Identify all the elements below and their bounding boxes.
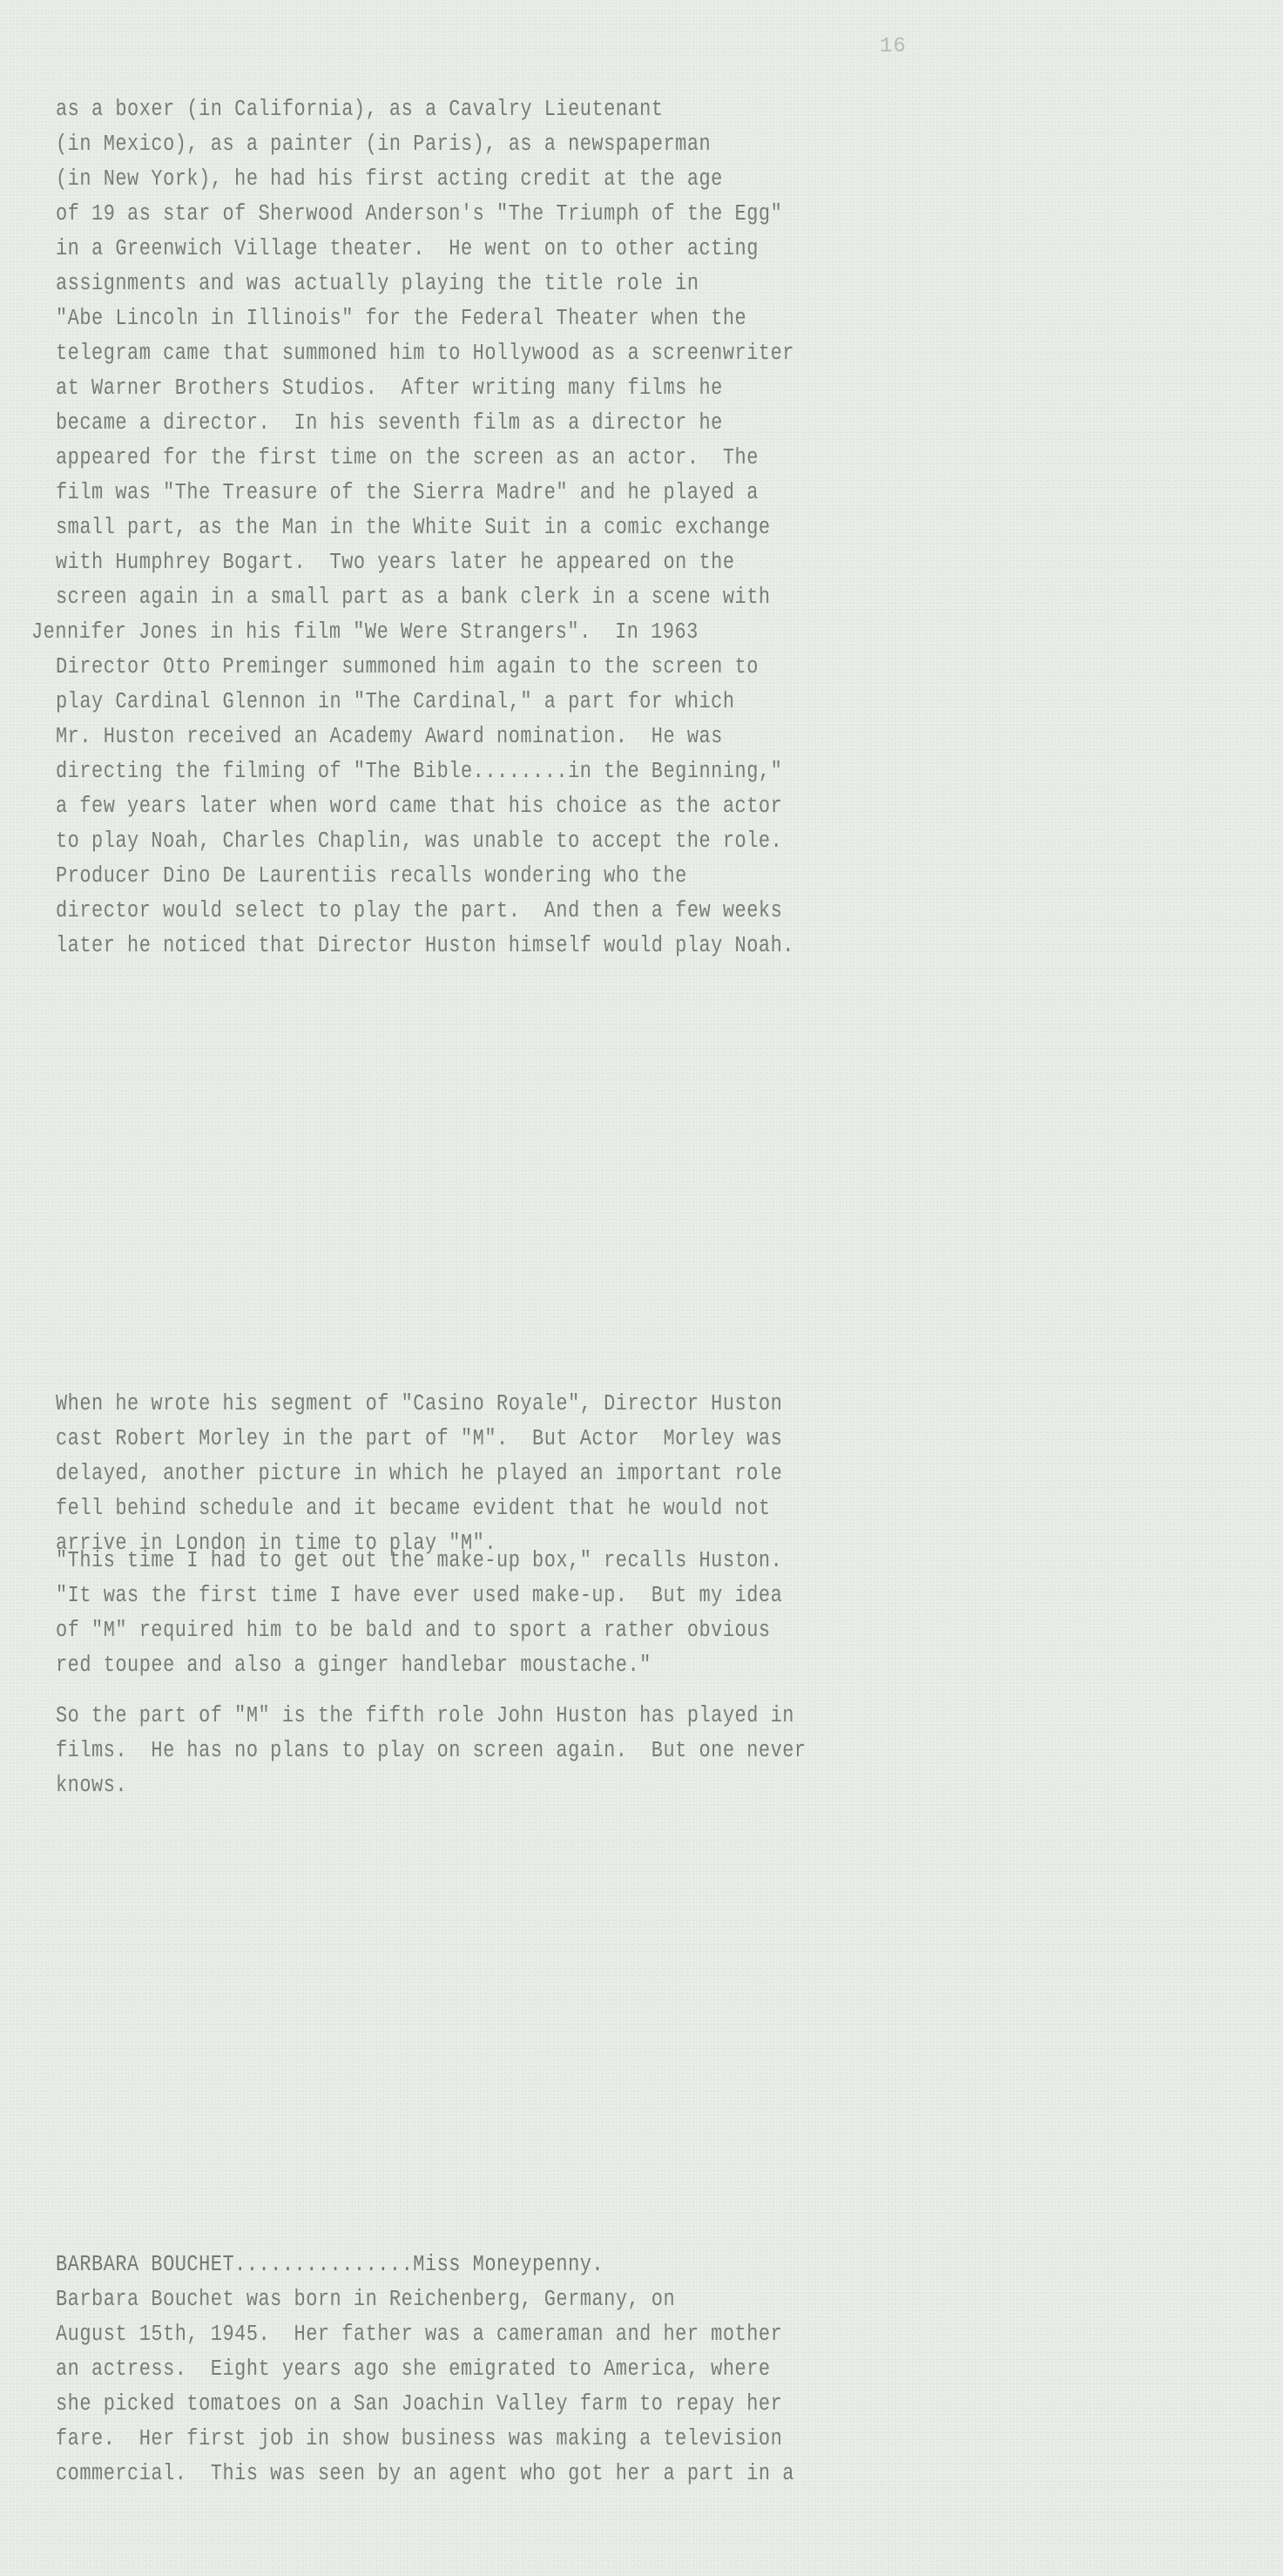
text-line: cast Robert Morley in the part of "M". B… <box>56 1422 1030 1457</box>
text-line: commercial. This was seen by an agent wh… <box>56 2457 1030 2491</box>
text-line: in a Greenwich Village theater. He went … <box>56 232 1030 267</box>
text-line: Mr. Huston received an Academy Award nom… <box>56 720 1030 754</box>
text-line: red toupee and also a ginger handlebar m… <box>56 1648 1030 1683</box>
text-line: small part, as the Man in the White Suit… <box>56 510 1030 545</box>
text-line: assignments and was actually playing the… <box>56 267 1030 301</box>
text-line: appeared for the first time on the scree… <box>56 441 1030 476</box>
text-line: fell behind schedule and it became evide… <box>56 1491 1030 1526</box>
paragraph-casino-royale: When he wrote his segment of "Casino Roy… <box>56 1387 1188 1561</box>
cast-heading: BARBARA BOUCHET...............Miss Money… <box>56 2248 1030 2282</box>
text-line: telegram came that summoned him to Holly… <box>56 336 1030 371</box>
text-line: a few years later when word came that hi… <box>56 789 1030 824</box>
text-line: "It was the first time I have ever used … <box>56 1579 1030 1613</box>
text-line: "This time I had to get out the make-up … <box>56 1544 1030 1579</box>
text-line: August 15th, 1945. Her father was a came… <box>56 2317 1030 2352</box>
text-line: Director Otto Preminger summoned him aga… <box>56 650 1030 685</box>
text-line: Jennifer Jones in his film "We Were Stra… <box>31 615 1026 650</box>
text-line: directing the filming of "The Bible.....… <box>56 754 1030 789</box>
text-line: fare. Her first job in show business was… <box>56 2422 1030 2457</box>
text-line: director would select to play the part. … <box>56 894 1030 929</box>
text-line: film was "The Treasure of the Sierra Mad… <box>56 476 1030 510</box>
text-line: later he noticed that Director Huston hi… <box>56 929 1030 963</box>
paragraph-huston-career: as a boxer (in California), as a Cavalry… <box>56 92 1188 963</box>
text-line: (in New York), he had his first acting c… <box>56 162 1030 197</box>
text-line: screen again in a small part as a bank c… <box>56 580 1030 615</box>
paragraph-makeup-quote: "This time I had to get out the make-up … <box>56 1544 1188 1683</box>
text-line: to play Noah, Charles Chaplin, was unabl… <box>56 824 1030 859</box>
text-line: as a boxer (in California), as a Cavalry… <box>56 92 1030 127</box>
text-line: So the part of "M" is the fifth role Joh… <box>56 1699 1030 1734</box>
text-line: an actress. Eight years ago she emigrate… <box>56 2352 1030 2387</box>
paragraph-fifth-role: So the part of "M" is the fifth role Joh… <box>56 1699 1188 1803</box>
text-line: she picked tomatoes on a San Joachin Val… <box>56 2387 1030 2422</box>
text-line: of "M" required him to be bald and to sp… <box>56 1613 1030 1648</box>
text-line: "Abe Lincoln in Illinois" for the Federa… <box>56 301 1030 336</box>
text-line: films. He has no plans to play on screen… <box>56 1734 1030 1768</box>
text-line: of 19 as star of Sherwood Anderson's "Th… <box>56 197 1030 232</box>
paragraph-barbara-bouchet: BARBARA BOUCHET...............Miss Money… <box>56 2248 1188 2491</box>
text-line: Producer Dino De Laurentiis recalls wond… <box>56 859 1030 894</box>
text-line: at Warner Brothers Studios. After writin… <box>56 371 1030 406</box>
text-line: became a director. In his seventh film a… <box>56 406 1030 441</box>
text-line: When he wrote his segment of "Casino Roy… <box>56 1387 1030 1422</box>
text-line: knows. <box>56 1768 1030 1803</box>
page-number: 16 <box>880 35 907 58</box>
text-line: with Humphrey Bogart. Two years later he… <box>56 545 1030 580</box>
text-line: Barbara Bouchet was born in Reichenberg,… <box>56 2282 1030 2317</box>
text-line: (in Mexico), as a painter (in Paris), as… <box>56 127 1030 162</box>
text-line: play Cardinal Glennon in "The Cardinal,"… <box>56 685 1030 720</box>
text-line: delayed, another picture in which he pla… <box>56 1457 1030 1491</box>
